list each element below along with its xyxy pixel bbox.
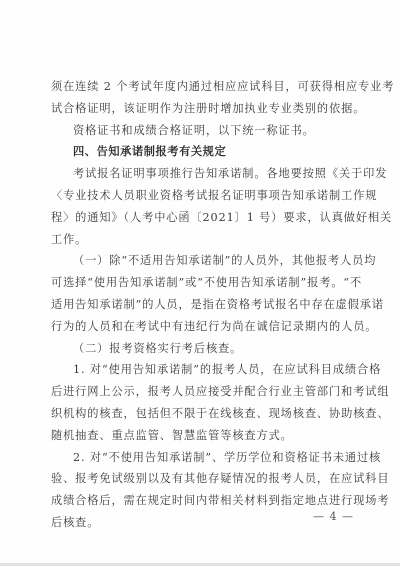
- paragraph-line: 后核查。: [51, 512, 349, 534]
- paragraph-line: 可选择“使用告知承诺制”或“不使用告知承诺制”报考。“不: [51, 272, 349, 294]
- paragraph-line: 2. 对“不使用告知承诺制”、学历学位和资格证书未通过核: [51, 447, 349, 469]
- paragraph-line: 行为的人员和在考试中有违纪行为尚在诚信记录期内的人员。: [51, 316, 349, 338]
- paragraph-line: 后进行网上公示，报考人员应接受并配合行业主管部门和考试组: [51, 381, 349, 403]
- document-body: 须在连续 2 个考试年度内通过相应应试科目，可获得相应专业考 试合格证明，该证明…: [51, 76, 349, 534]
- paragraph-line: 程〉的通知》（人考中心函〔2021〕1 号）要求，认真做好相关: [51, 207, 349, 229]
- paragraph-line: 验、报考免试级别以及有其他存疑情况的报考人员，在应试科目: [51, 468, 349, 490]
- paragraph-line: 工作。: [51, 229, 349, 251]
- document-page: 须在连续 2 个考试年度内通过相应应试科目，可获得相应专业考 试合格证明，该证明…: [0, 0, 400, 563]
- paragraph-line: 试合格证明，该证明作为注册时增加执业专业类别的依据。: [51, 98, 349, 120]
- paragraph-line: （一）除“不适用告知承诺制”的人员外，其他报考人员均: [51, 250, 349, 272]
- paragraph-line: 成绩合格后，需在规定时间内带相关材料到指定地点进行现场考: [51, 490, 349, 512]
- subsection-heading: （二）报考资格实行考后核查。: [51, 338, 349, 360]
- paragraph-line: 资格证书和成绩合格证明，以下统一称证书。: [51, 120, 349, 142]
- paragraph-line: 须在连续 2 个考试年度内通过相应应试科目，可获得相应专业考: [51, 76, 349, 98]
- paragraph-line: 考试报名证明事项推行告知承诺制。各地要按照《关于印发: [51, 163, 349, 185]
- paragraph-line: 织机构的核查，包括但不限于在线核查、现场核查、协助核查、: [51, 403, 349, 425]
- page-number: — 4 —: [313, 510, 354, 523]
- paragraph-line: 〈专业技术人员职业资格考试报名证明事项告知承诺制工作规: [51, 185, 349, 207]
- paragraph-line: 适用告知承诺制”的人员，是指在资格考试报名中存在虚假承诺: [51, 294, 349, 316]
- section-heading: 四、告知承诺制报考有关规定: [51, 141, 349, 163]
- paragraph-line: 1. 对“使用告知承诺制”的报考人员，在应试科目成绩合格: [51, 359, 349, 381]
- paragraph-line: 随机抽查、重点监管、智慧监管等核查方式。: [51, 425, 349, 447]
